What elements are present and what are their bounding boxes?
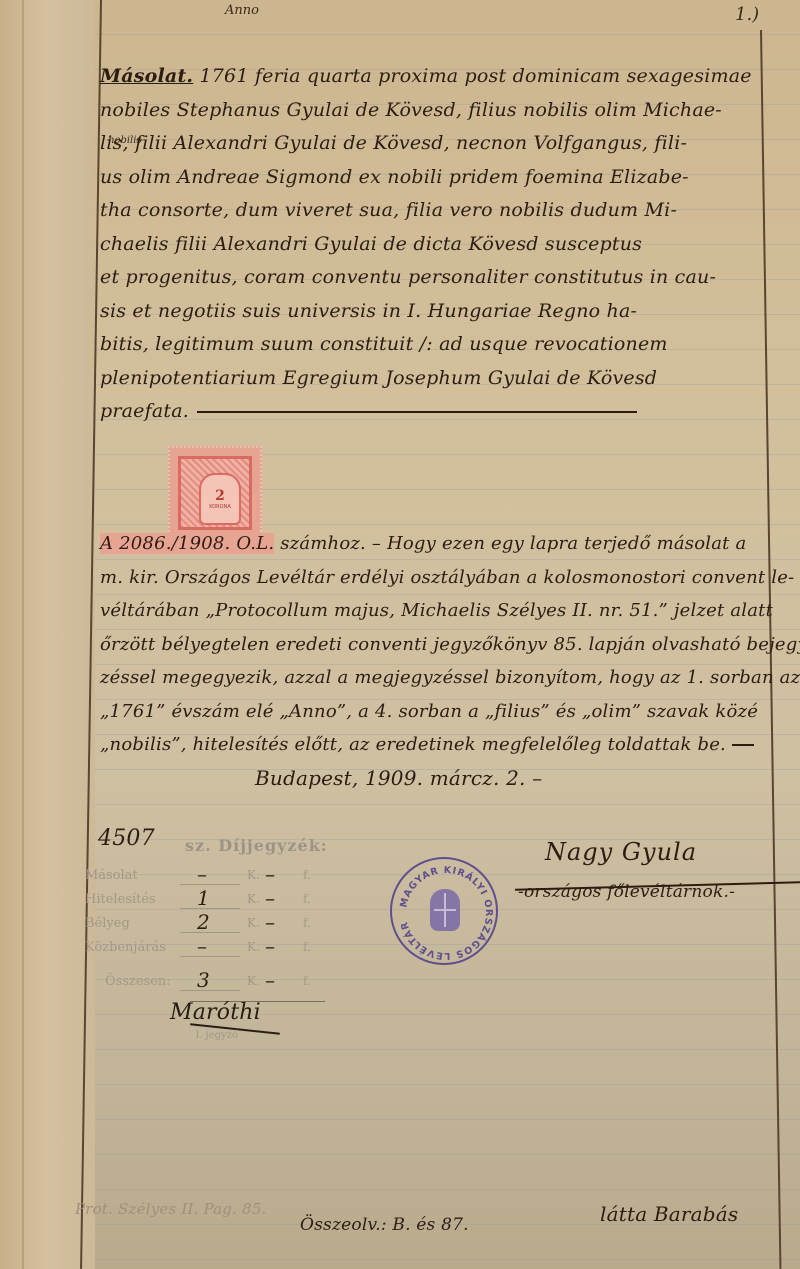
latin-line: Másolat. 1761 feria quarta proxima post … [100,60,760,94]
place-date: Budapest, 1909. márcz. 2. – [255,766,542,790]
anno-insertion: Anno [225,3,259,18]
latin-line: sis et negotiis suis universis in I. Hun… [100,295,760,329]
fee-row: Közbenjárás – K. – f. [85,940,325,962]
crown-emblem-icon: 2 KORONA [199,473,241,525]
latin-line: bitis, legitimum suum constituit /: ad u… [100,328,760,362]
stamp-value: 2 [215,488,225,504]
coat-of-arms-icon [430,889,460,931]
fee-total-row: Összesen: 3 K. – f. [85,974,325,996]
latin-line: et progenitus, coram conventu personalit… [100,261,760,295]
seen-note: látta Barabás [600,1202,738,1226]
fee-list-title: sz. Díjjegyzék: [185,836,328,855]
cert-line: véltárában „Protocollum majus, Michaelis… [100,594,790,628]
cert-line: „1761” évszám elé „Anno”, a 4. sorban a … [100,695,790,729]
stamp-unit: KORONA [209,504,231,510]
latin-line: chaelis filii Alexandri Gyulai de dicta … [100,228,760,262]
clerk-title: l. jegyző [196,1030,238,1041]
reference-number: A 2086./1908. O.L. [100,533,274,554]
latin-line: praefata. [100,395,760,429]
collation-note: Összeolv.: B. és 87. [300,1215,469,1235]
fee-list-number: 4507 [98,826,155,851]
faint-reference: Prot. Szélyes II. Pag. 85. [75,1200,266,1218]
closing-rule [197,411,637,413]
certification-text: A 2086./1908. O.L. számhoz. – Hogy ezen … [100,527,790,762]
latin-line: us olim Andreae Sigmond ex nobili pridem… [100,161,760,195]
latin-copy-text: Másolat. 1761 feria quarta proxima post … [100,60,760,429]
stamp-frame: 2 KORONA [178,456,252,530]
latin-line: plenipotentiarium Egregium Josephum Gyul… [100,362,760,396]
page-number: 1.) [735,4,759,25]
archivist-title: -országos főlevéltárnok.- [518,882,735,902]
closing-rule [732,744,754,746]
cert-line: m. kir. Országos Levéltár erdélyi osztál… [100,561,790,595]
fold-line [22,0,24,1269]
cert-line: őrzött bélyegtelen eredeti conventi jegy… [100,628,790,662]
revenue-stamp: 2 KORONA [168,446,262,540]
latin-line: lis, filii Alexandri Gyulai de Kövesd, n… [100,127,760,161]
cert-line: „nobilis”, hitelesítés előtt, az eredeti… [100,728,790,762]
cert-line: A 2086./1908. O.L. számhoz. – Hogy ezen … [100,527,790,561]
latin-line: nobiles Stephanus Gyulai de Kövesd, fili… [100,94,760,128]
archivist-signature: Nagy Gyula [545,838,697,866]
cert-line: zéssel megegyezik, azzal a megjegyzéssel… [100,661,790,695]
copy-heading: Másolat. [100,65,193,87]
latin-line: tha consorte, dum viveret sua, filia ver… [100,194,760,228]
archive-seal: MAGYAR KIRÁLYI ORSZÁGOS LEVÉLTÁR [390,857,498,965]
clerk-signature: Maróthi [170,1000,261,1025]
page-left-edge [0,0,95,1269]
